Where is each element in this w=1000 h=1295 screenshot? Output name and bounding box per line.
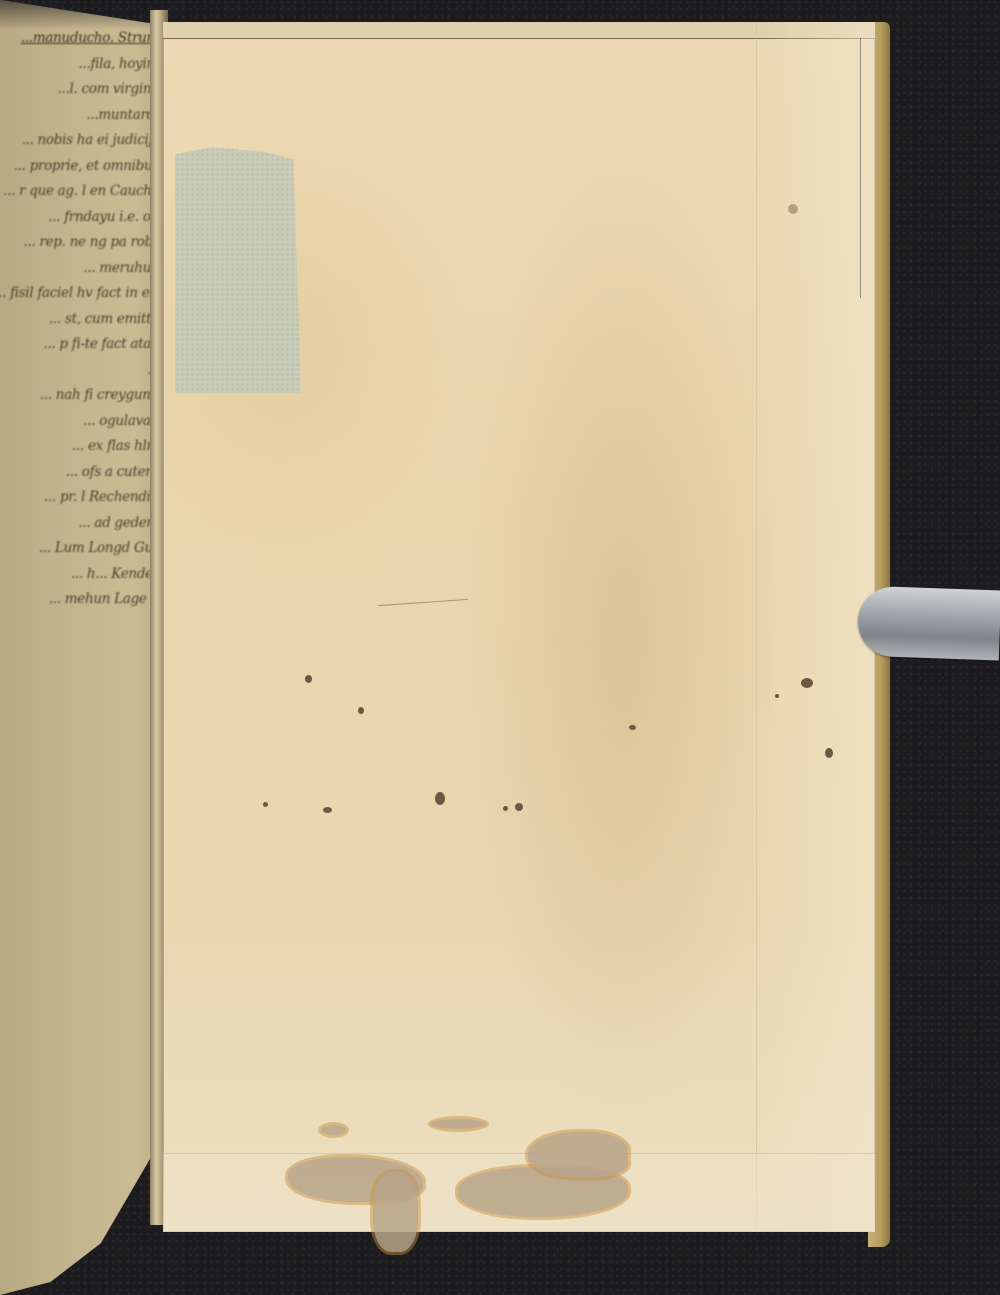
handwriting-line: ... meruhuli [0,256,159,282]
fold-line [860,38,861,298]
paper-patch [175,147,301,393]
bookmark-clip [857,586,1000,661]
handwriting-line: ... h... Kender [0,562,159,588]
handwriting-line: ... [0,358,159,384]
adhesive-stain [373,1172,418,1252]
right-turn-in [756,22,875,1232]
foxing-spot [435,792,445,805]
foxing-spot [801,678,813,688]
handwriting-line: ... pr. l Rechendig [0,485,159,511]
foxing-spot [788,204,798,214]
handwriting-line: ... st, cum emitte [0,307,159,333]
adhesive-stain [431,1119,486,1129]
handwriting-line: ... ogulavap [0,409,159,435]
handwriting-line: ... ofs a cutere [0,460,159,486]
handwriting-line: ... ad gedem [0,511,159,537]
foxing-spot [305,675,312,683]
handwriting-line: ... fisil faciel hv fact in eatem [0,281,159,307]
foxing-spot [323,807,332,813]
handwriting-line: ... nah fi creygunh [0,383,159,409]
foxing-spot [263,802,268,807]
adhesive-stain [321,1125,346,1135]
handwriting-line: ... r que ag. l en Cauchy [0,179,159,205]
left-page-verso: ...manuducho. Strum ...fila, hoyim ...l.… [0,0,168,1295]
handwriting-line: ... mehun Lage h [0,587,159,613]
handwriting-line: ... proprie, et omnibus [0,154,159,180]
handwriting-line: ... nobis ha ei judicijs [0,128,159,154]
foxing-spot [358,707,364,714]
handwriting-line: ...l. com virgine [0,77,159,103]
handwriting-line: ... frndayu i.e. ob [0,205,159,231]
adhesive-stain [528,1132,628,1177]
foxing-spot [515,803,523,811]
handwriting-line: ... p fi-te fact ata l [0,332,159,358]
book-scan: ...manuducho. Strum ...fila, hoyim ...l.… [0,0,1000,1295]
handwriting-line: ...muntard. [0,103,159,129]
foxing-spot [629,725,636,730]
handwritten-notes: ...manuducho. Strum ...fila, hoyim ...l.… [0,26,159,613]
right-page-pastedown [163,22,875,1232]
foxing-spot [775,694,779,698]
foxing-spot [825,748,833,758]
handwriting-line: ... rep. ne ng pa robr [0,230,159,256]
paper-crease [378,599,468,606]
handwriting-line: ... ex flas hlm [0,434,159,460]
handwriting-line: ... Lum Longd Gur [0,536,159,562]
foxing-spot [503,806,508,811]
handwriting-line: ...manuducho. Strum [0,26,159,52]
handwriting-line: ...fila, hoyim [0,52,159,78]
